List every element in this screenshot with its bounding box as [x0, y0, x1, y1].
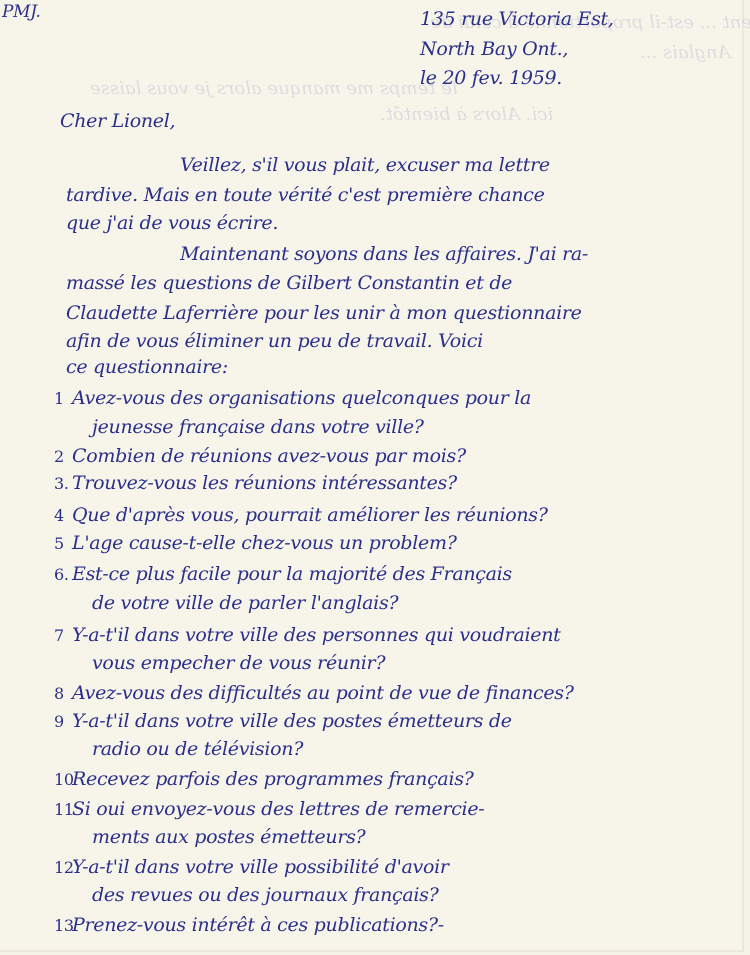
question-text: Y-a-t'il dans votre ville possibilité d'… [72, 856, 449, 878]
question-text: Que d'après vous, pourrait améliorer les… [72, 504, 548, 526]
bleed-through-line-3: le temps me manque alors je vous laisse [90, 78, 458, 99]
paragraph-2-line-4: afin de vous éliminer un peu de travail.… [66, 330, 483, 352]
question-text: Combien de réunions avez-vous par mois? [72, 445, 466, 467]
question-1: 1Avez-vous des organisations quelconques… [54, 387, 531, 409]
question-number: 2 [54, 447, 72, 466]
letter-page: 14 Comment ... est-il proportionné à cel… [0, 0, 744, 952]
question-10: 10Recevez parfois des programmes françai… [54, 768, 474, 790]
sender-address-line-2: North Bay Ont., [420, 38, 568, 60]
paragraph-2-line-3: Claudette Laferrière pour les unir à mon… [66, 302, 582, 324]
question-number: 7 [54, 626, 72, 645]
question-number: 10 [54, 770, 72, 789]
paragraph-2-line-1: Maintenant soyons dans les affaires. J'a… [180, 243, 588, 265]
letter-date: le 20 fev. 1959. [420, 67, 562, 89]
question-text: Y-a-t'il dans votre ville des personnes … [72, 624, 561, 646]
question-number: 13 [54, 916, 72, 935]
question-text: Prenez-vous intérêt à ces publications?- [72, 914, 444, 936]
salutation: Cher Lionel, [60, 110, 175, 132]
question-6-continued: de votre ville de parler l'anglais? [92, 592, 398, 614]
question-text: Avez-vous des organisations quelconques … [72, 387, 531, 409]
question-number: 12 [54, 858, 72, 877]
bleed-through-line-2: Anglais ... [640, 42, 730, 63]
question-8: 8Avez-vous des difficultés au point de v… [54, 682, 574, 704]
question-9: 9Y-a-t'il dans votre ville des postes ém… [54, 710, 512, 732]
question-text: Recevez parfois des programmes français? [72, 768, 474, 790]
question-text: Est-ce plus facile pour la majorité des … [72, 563, 512, 585]
question-4: 4Que d'après vous, pourrait améliorer le… [54, 504, 548, 526]
question-13: 13Prenez-vous intérêt à ces publications… [54, 914, 444, 936]
question-text: Y-a-t'il dans votre ville des postes éme… [72, 710, 512, 732]
question-5: 5L'age cause-t-elle chez-vous un problem… [54, 532, 457, 554]
question-number: 3. [54, 474, 72, 493]
question-text: Trouvez-vous les réunions intéressantes? [72, 472, 457, 494]
question-number: 9 [54, 712, 72, 731]
question-text: L'age cause-t-elle chez-vous un problem? [72, 532, 457, 554]
question-11: 11Si oui envoyez-vous des lettres de rem… [54, 798, 484, 820]
question-number: 8 [54, 684, 72, 703]
paragraph-2-line-5: ce questionnaire: [66, 356, 228, 378]
question-9-continued: radio ou de télévision? [92, 738, 303, 760]
question-number: 1 [54, 389, 72, 408]
question-1-continued: jeunesse française dans votre ville? [92, 416, 424, 438]
bleed-through-line-4: ici. Alors à bientôt. [380, 104, 553, 125]
paragraph-1-line-1: Veillez, s'il vous plait, excuser ma let… [180, 154, 550, 176]
question-11-continued: ments aux postes émetteurs? [92, 826, 365, 848]
paragraph-2-line-2: massé les questions de Gilbert Constanti… [66, 272, 512, 294]
paragraph-1-line-2: tardive. Mais en toute vérité c'est prem… [66, 184, 545, 206]
question-number: 11 [54, 800, 72, 819]
sender-address-line-1: 135 rue Victoria Est, [420, 8, 614, 30]
question-2: 2Combien de réunions avez-vous par mois? [54, 445, 466, 467]
initials-annotation: PMJ. [2, 2, 41, 22]
question-number: 4 [54, 506, 72, 525]
question-7: 7Y-a-t'il dans votre ville des personnes… [54, 624, 561, 646]
question-6: 6.Est-ce plus facile pour la majorité de… [54, 563, 512, 585]
question-12-continued: des revues ou des journaux français? [92, 884, 439, 906]
question-number: 5 [54, 534, 72, 553]
question-number: 6. [54, 565, 72, 584]
question-12: 12Y-a-t'il dans votre ville possibilité … [54, 856, 449, 878]
question-3: 3.Trouvez-vous les réunions intéressante… [54, 472, 457, 494]
paragraph-1-line-3: que j'ai de vous écrire. [66, 212, 278, 234]
question-text: Si oui envoyez-vous des lettres de remer… [72, 798, 484, 820]
question-text: Avez-vous des difficultés au point de vu… [72, 682, 574, 704]
question-7-continued: vous empecher de vous réunir? [92, 652, 385, 674]
